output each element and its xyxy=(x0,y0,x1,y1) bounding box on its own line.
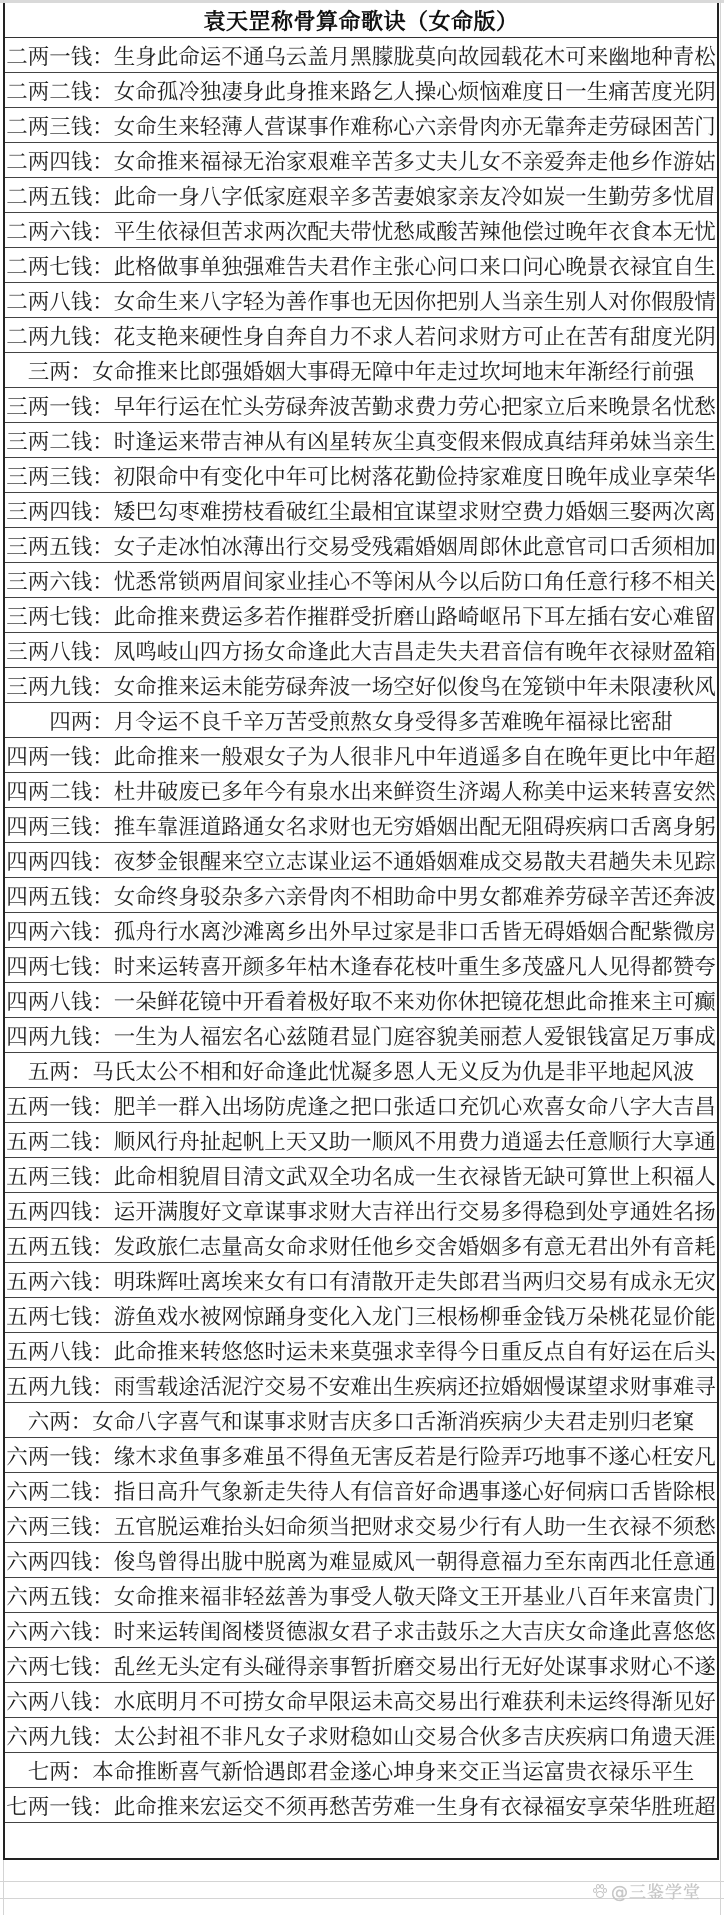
verse-text: 时逢运来带吉神从有凶星转灰尘真变假来假成真结拜弟妹当亲生 xyxy=(114,425,716,456)
weight-label: 五两七钱 xyxy=(6,1300,92,1331)
weight-label: 七两一钱 xyxy=(6,1790,92,1821)
weight-label: 二两六钱 xyxy=(6,215,92,246)
weight-label: 四两二钱 xyxy=(6,775,92,806)
table-row: 六两八钱：水底明月不可捞女命早限运未高交易出行难获利未运终得渐见好 xyxy=(5,1683,717,1718)
table-row: 五两九钱：雨雪载途活泥泞交易不安难出生疾病还拉婚姻慢谋望求财事难寻 xyxy=(5,1368,717,1403)
separator: ： xyxy=(92,425,114,456)
separator: ： xyxy=(92,1545,114,1576)
verse-text: 平生依禄但苦求两次配夫带忧愁咸酸苦辣他偿过晚年衣食本无忧 xyxy=(114,215,716,246)
table-row: 七两：本命推断喜气新恰遇郎君金遂心坤身来交正当运富贵衣禄乐平生 xyxy=(5,1753,717,1788)
separator: ： xyxy=(92,740,114,771)
weight-label: 四两五钱 xyxy=(6,880,92,911)
weight-label: 六两三钱 xyxy=(6,1510,92,1541)
separator: ： xyxy=(92,915,114,946)
separator: ： xyxy=(92,285,114,316)
separator: ： xyxy=(92,110,114,141)
verse-text: 水底明月不可捞女命早限运未高交易出行难获利未运终得渐见好 xyxy=(114,1685,716,1716)
separator: ： xyxy=(92,1790,114,1821)
table-row: 三两二钱：时逢运来带吉神从有凶星转灰尘真变假来假成真结拜弟妹当亲生 xyxy=(5,423,717,458)
weight-label: 三两一钱 xyxy=(6,390,92,421)
separator: ： xyxy=(92,810,114,841)
verse-text: 乱丝无头定有头碰得亲事暂折磨交易出行无好处谋事求财心不遂 xyxy=(114,1650,716,1681)
table-row: 五两二钱：顺风行舟扯起帆上天又助一顺风不用费力逍遥去任意顺行大享通 xyxy=(5,1123,717,1158)
table-row: 六两六钱：时来运转闺阁楼贤德淑女君子求击鼓乐之大吉庆女命逢此喜悠悠 xyxy=(5,1613,717,1648)
table-row: 四两七钱：时来运转喜开颜多年枯木逢春花枝叶重生多茂盛凡人见得都赞夸 xyxy=(5,948,717,983)
table-row: 四两五钱：女命终身驳杂多六亲骨肉不相助命中男女都难养劳碌辛苦还奔波 xyxy=(5,878,717,913)
verse-text: 一朵鲜花镜中开看着极好取不来劝你休把镜花想此命推来主可癫 xyxy=(114,985,716,1016)
separator: ： xyxy=(92,845,114,876)
verse-text: 忧悉常锁两眉间家业挂心不等闲从今以后防口角任意行移不相关 xyxy=(114,565,716,596)
verse-text: 女命生来八字轻为善作事也无因你把别人当亲生别人对你假殷情 xyxy=(114,285,716,316)
separator: ： xyxy=(92,460,114,491)
table-row: 三两七钱：此命推来费运多若作摧群受折磨山路崎岖吊下耳左插右安心难留 xyxy=(5,598,717,633)
verse-text: 此命推来一般艰女子为人很非凡中年逍遥多自在晚年更比中年超 xyxy=(114,740,716,771)
verse-text: 女子走冰怕冰薄出行交易受残霜婚姻周郎休此意官司口舌须相加 xyxy=(114,530,716,561)
verse-text: 俊鸟曾得出胧中脱离为难显威风一朝得意福力至东南西北任意通 xyxy=(114,1545,716,1576)
verse-text: 早年行运在忙头劳碌奔波苦勤求费力劳心把家立后来晚景名忧愁 xyxy=(114,390,716,421)
separator: ： xyxy=(92,145,114,176)
weight-label: 三两 xyxy=(28,355,71,386)
verse-text: 肥羊一群入出场防虎逢之把口张适口充饥心欢喜女命八字大吉昌 xyxy=(114,1090,716,1121)
weight-label: 四两六钱 xyxy=(6,915,92,946)
weight-label: 五两六钱 xyxy=(6,1265,92,1296)
table-row: 五两三钱：此命相貌眉目清文武双全功名成一生衣禄皆无缺可算世上积福人 xyxy=(5,1158,717,1193)
verse-text: 太公封祖不非凡女子求财稳如山交易合伙多吉庆疾病口角遗天涯 xyxy=(114,1720,716,1751)
table-row: 三两六钱：忧悉常锁两眉间家业挂心不等闲从今以后防口角任意行移不相关 xyxy=(5,563,717,598)
watermark-text: @三鉴学堂 xyxy=(611,1878,701,1903)
table-row: 三两三钱：初限命中有变化中年可比树落花勤俭持家难度日晚年成业享荣华 xyxy=(5,458,717,493)
separator: ： xyxy=(92,1475,114,1506)
weight-label: 六两七钱 xyxy=(6,1650,92,1681)
weight-label: 六两五钱 xyxy=(6,1580,92,1611)
verse-text: 凤鸣岐山四方扬女命逢此大吉昌走失夫君音信有晚年衣禄财盈箱 xyxy=(114,635,716,666)
weight-label: 二两五钱 xyxy=(6,180,92,211)
table-row: 三两八钱：凤鸣岐山四方扬女命逢此大吉昌走失夫君音信有晚年衣禄财盈箱 xyxy=(5,633,717,668)
table-row: 四两二钱：杜井破废已多年今有泉水出来鲜资生济竭人称美中运来转喜安然 xyxy=(5,773,717,808)
weight-label: 六两六钱 xyxy=(6,1615,92,1646)
verse-text: 推车靠涯道路通女名求财也无穷婚姻出配无阻碍疾病口舌离身躬 xyxy=(114,810,716,841)
verse-text: 指日高升气象新走失待人有信音好命遇事遂心好伺病口舌皆除根 xyxy=(114,1475,716,1506)
table-row: 二两三钱：女命生来轻薄人营谋事作难称心六亲骨肉亦无靠奔走劳碌困苦门 xyxy=(5,108,717,143)
verse-table: 袁天罡称骨算命歌诀（女命版） 二两一钱：生身此命运不通乌云盖月黑朦胧莫向故园载花… xyxy=(3,3,719,1860)
verse-text: 明珠辉吐离埃来女有口有清散开走失郎君当两归交易有成永无灾 xyxy=(114,1265,716,1296)
table-row: 四两九钱：一生为人福宏名心兹随君显门庭容貌美丽惹人爱银钱富足万事成 xyxy=(5,1018,717,1053)
verse-text: 时来运转闺阁楼贤德淑女君子求击鼓乐之大吉庆女命逢此喜悠悠 xyxy=(114,1615,716,1646)
verse-text: 此格做事单独强难告夫君作主张心问口来口问心晚景衣禄宜自生 xyxy=(114,250,716,281)
table-row: 三两一钱：早年行运在忙头劳碌奔波苦勤求费力劳心把家立后来晚景名忧愁 xyxy=(5,388,717,423)
verse-text: 女命孤冷独凄身此身推来路乞人操心烦恼难度日一生痛苦度光阴 xyxy=(114,75,716,106)
table-row: 二两八钱：女命生来八字轻为善作事也无因你把别人当亲生别人对你假殷情 xyxy=(5,283,717,318)
table-row: 四两：月令运不良千辛万苦受煎熬女身受得多苦难晚年福禄比密甜 xyxy=(5,703,717,738)
verse-text: 女命生来轻薄人营谋事作难称心六亲骨肉亦无靠奔走劳碌困苦门 xyxy=(114,110,716,141)
verse-text: 女命推来福非轻兹善为事受人敬天降文王开基业八百年来富贵门 xyxy=(114,1580,716,1611)
separator: ： xyxy=(71,1755,93,1786)
table-row: 二两六钱：平生依禄但苦求两次配夫带忧愁咸酸苦辣他偿过晚年衣食本无忧 xyxy=(5,213,717,248)
separator: ： xyxy=(92,250,114,281)
verse-text: 运开满腹好文章谋事求财大吉祥出行交易多得稳到处亨通姓名扬 xyxy=(114,1195,716,1226)
separator: ： xyxy=(92,495,114,526)
verse-text: 顺风行舟扯起帆上天又助一顺风不用费力逍遥去任意顺行大享通 xyxy=(114,1125,716,1156)
weight-label: 四两一钱 xyxy=(6,740,92,771)
table-row: 三两：女命推来比郎强婚姻大事碍无障中年走过坎坷地末年渐经行前强 xyxy=(5,353,717,388)
table-row: 二两一钱：生身此命运不通乌云盖月黑朦胧莫向故园载花木可来幽地种青松 xyxy=(5,38,717,73)
weight-label: 三两五钱 xyxy=(6,530,92,561)
weight-label: 六两八钱 xyxy=(6,1685,92,1716)
weight-label: 五两一钱 xyxy=(6,1090,92,1121)
separator: ： xyxy=(92,1090,114,1121)
table-row: 四两三钱：推车靠涯道路通女名求财也无穷婚姻出配无阻碍疾病口舌离身躬 xyxy=(5,808,717,843)
verse-text: 女命推来福禄无治家艰难辛苦多丈夫儿女不亲爱奔走他乡作游姑 xyxy=(114,145,716,176)
weight-label: 三两三钱 xyxy=(6,460,92,491)
weight-label: 六两 xyxy=(28,1405,71,1436)
verse-text: 本命推断喜气新恰遇郎君金遂心坤身来交正当运富贵衣禄乐平生 xyxy=(92,1755,694,1786)
separator: ： xyxy=(92,1195,114,1226)
separator: ： xyxy=(92,950,114,981)
verse-text: 雨雪载途活泥泞交易不安难出生疾病还拉婚姻慢谋望求财事难寻 xyxy=(114,1370,716,1401)
weight-label: 六两一钱 xyxy=(6,1440,92,1471)
separator: ： xyxy=(71,1405,93,1436)
table-row: 三两四钱：矮巴勾枣难捞枝看破红尘最相宜谋望求财空费力婚姻三娶两次离 xyxy=(5,493,717,528)
table-row: 四两六钱：孤舟行水离沙滩离乡出外早过家是非口舌皆无碍婚姻合配紫微房 xyxy=(5,913,717,948)
weight-label: 五两四钱 xyxy=(6,1195,92,1226)
separator: ： xyxy=(92,565,114,596)
table-row: 六两七钱：乱丝无头定有头碰得亲事暂折磨交易出行无好处谋事求财心不遂 xyxy=(5,1648,717,1683)
table-row: 二两五钱：此命一身八字低家庭艰辛多苦妻娘家亲友冷如炭一生勤劳多忧眉 xyxy=(5,178,717,213)
table-row: 二两九钱：花支艳来硬性身自奔自力不求人若问求财方可止在苦有甜度光阴 xyxy=(5,318,717,353)
weight-label: 三两二钱 xyxy=(6,425,92,456)
separator: ： xyxy=(92,1650,114,1681)
weight-label: 三两九钱 xyxy=(6,670,92,701)
table-row: 二两四钱：女命推来福禄无治家艰难辛苦多丈夫儿女不亲爱奔走他乡作游姑 xyxy=(5,143,717,178)
separator: ： xyxy=(92,1615,114,1646)
watermark: @三鉴学堂 xyxy=(592,1878,701,1903)
table-row: 七两一钱：此命推来宏运交不须再愁苦劳难一生身有衣禄福安享荣华胜班超 xyxy=(5,1788,717,1823)
weight-label: 五两二钱 xyxy=(6,1125,92,1156)
separator: ： xyxy=(92,320,114,351)
separator: ： xyxy=(92,705,114,736)
sheet-gridline-right xyxy=(720,0,721,1915)
weight-label: 三两八钱 xyxy=(6,635,92,666)
verse-text: 初限命中有变化中年可比树落花勤俭持家难度日晚年成业享荣华 xyxy=(114,460,716,491)
table-row: 六两二钱：指日高升气象新走失待人有信音好命遇事遂心好伺病口舌皆除根 xyxy=(5,1473,717,1508)
table-row: 五两四钱：运开满腹好文章谋事求财大吉祥出行交易多得稳到处亨通姓名扬 xyxy=(5,1193,717,1228)
weight-label: 五两三钱 xyxy=(6,1160,92,1191)
weight-label: 二两二钱 xyxy=(6,75,92,106)
verse-text: 孤舟行水离沙滩离乡出外早过家是非口舌皆无碍婚姻合配紫微房 xyxy=(114,915,716,946)
weight-label: 七两 xyxy=(28,1755,71,1786)
weight-label: 六两二钱 xyxy=(6,1475,92,1506)
weight-label: 二两四钱 xyxy=(6,145,92,176)
verse-text: 游鱼戏水被网惊踊身变化入龙门三根杨柳垂金钱万朵桃花显价能 xyxy=(114,1300,716,1331)
verse-text: 女命终身驳杂多六亲骨肉不相助命中男女都难养劳碌辛苦还奔波 xyxy=(114,880,716,911)
separator: ： xyxy=(92,600,114,631)
table-row: 五两一钱：肥羊一群入出场防虎逢之把口张适口充饥心欢喜女命八字大吉昌 xyxy=(5,1088,717,1123)
verse-text: 生身此命运不通乌云盖月黑朦胧莫向故园载花木可来幽地种青松 xyxy=(114,40,716,71)
verse-text: 此命推来费运多若作摧群受折磨山路崎岖吊下耳左插右安心难留 xyxy=(114,600,716,631)
weight-label: 四两 xyxy=(49,705,92,736)
verse-text: 月令运不良千辛万苦受煎熬女身受得多苦难晚年福禄比密甜 xyxy=(114,705,673,736)
verse-text: 夜梦金银醒来空立志谋业运不通婚姻难成交易散夫君趟失未见踪 xyxy=(114,845,716,876)
weight-label: 六两九钱 xyxy=(6,1720,92,1751)
separator: ： xyxy=(71,1055,93,1086)
separator: ： xyxy=(71,355,93,386)
verse-text: 矮巴勾枣难捞枝看破红尘最相宜谋望求财空费力婚姻三娶两次离 xyxy=(114,495,716,526)
separator: ： xyxy=(92,1265,114,1296)
separator: ： xyxy=(92,75,114,106)
separator: ： xyxy=(92,985,114,1016)
weight-label: 三两六钱 xyxy=(6,565,92,596)
table-row: 六两九钱：太公封祖不非凡女子求财稳如山交易合伙多吉庆疾病口角遗天涯 xyxy=(5,1718,717,1753)
separator: ： xyxy=(92,1440,114,1471)
verse-text: 女命推来比郎强婚姻大事碍无障中年走过坎坷地末年渐经行前强 xyxy=(92,355,694,386)
table-row: 五两：马氏太公不相和好命逢此忧凝多恩人无义反为仇是非平地起风波 xyxy=(5,1053,717,1088)
empty-row xyxy=(5,1823,717,1858)
verse-text: 此命推来转悠悠时运未来莫强求幸得今日重反点自有好运在后头 xyxy=(114,1335,716,1366)
weight-label: 五两八钱 xyxy=(6,1335,92,1366)
weight-label: 四两八钱 xyxy=(6,985,92,1016)
table-row: 二两七钱：此格做事单独强难告夫君作主张心问口来口问心晚景衣禄宜自生 xyxy=(5,248,717,283)
weight-label: 三两七钱 xyxy=(6,600,92,631)
table-row: 四两四钱：夜梦金银醒来空立志谋业运不通婚姻难成交易散夫君趟失未见踪 xyxy=(5,843,717,878)
verse-text: 发政旅仁志量高女命求财任他乡交舍婚姻多有意无君出外有音耗 xyxy=(114,1230,716,1261)
separator: ： xyxy=(92,530,114,561)
separator: ： xyxy=(92,1160,114,1191)
separator: ： xyxy=(92,1335,114,1366)
separator: ： xyxy=(92,40,114,71)
separator: ： xyxy=(92,1020,114,1051)
verse-text: 五官脱运难抬头妇命须当把财求交易少行有人助一生衣禄不须愁 xyxy=(114,1510,716,1541)
table-row: 五两八钱：此命推来转悠悠时运未来莫强求幸得今日重反点自有好运在后头 xyxy=(5,1333,717,1368)
separator: ： xyxy=(92,1720,114,1751)
separator: ： xyxy=(92,1300,114,1331)
verse-text: 此命推来宏运交不须再愁苦劳难一生身有衣禄福安享荣华胜班超 xyxy=(114,1790,716,1821)
table-row: 三两九钱：女命推来运未能劳碌奔波一场空好似俊鸟在笼锁中年未限凄秋风 xyxy=(5,668,717,703)
weight-label: 四两四钱 xyxy=(6,845,92,876)
table-row: 二两二钱：女命孤冷独凄身此身推来路乞人操心烦恼难度日一生痛苦度光阴 xyxy=(5,73,717,108)
separator: ： xyxy=(92,670,114,701)
verse-text: 花支艳来硬性身自奔自力不求人若问求财方可止在苦有甜度光阴 xyxy=(114,320,716,351)
weight-label: 五两五钱 xyxy=(6,1230,92,1261)
separator: ： xyxy=(92,215,114,246)
verse-text: 杜井破废已多年今有泉水出来鲜资生济竭人称美中运来转喜安然 xyxy=(114,775,716,806)
separator: ： xyxy=(92,180,114,211)
table-row: 四两一钱：此命推来一般艰女子为人很非凡中年逍遥多自在晚年更比中年超 xyxy=(5,738,717,773)
table-row: 三两五钱：女子走冰怕冰薄出行交易受残霜婚姻周郎休此意官司口舌须相加 xyxy=(5,528,717,563)
verse-text: 时来运转喜开颜多年枯木逢春花枝叶重生多茂盛凡人见得都赞夸 xyxy=(114,950,716,981)
weight-label: 四两三钱 xyxy=(6,810,92,841)
weight-label: 五两 xyxy=(28,1055,71,1086)
table-row: 六两：女命八字喜气和谋事求财吉庆多口舌渐消疾病少夫君走别归老窠 xyxy=(5,1403,717,1438)
weight-label: 二两一钱 xyxy=(6,40,92,71)
separator: ： xyxy=(92,1580,114,1611)
weight-label: 五两九钱 xyxy=(6,1370,92,1401)
table-row: 六两一钱：缘木求鱼事多难虽不得鱼无害反若是行险弄巧地事不遂心枉安凡 xyxy=(5,1438,717,1473)
separator: ： xyxy=(92,1510,114,1541)
separator: ： xyxy=(92,390,114,421)
separator: ： xyxy=(92,1685,114,1716)
separator: ： xyxy=(92,1370,114,1401)
table-row: 六两三钱：五官脱运难抬头妇命须当把财求交易少行有人助一生衣禄不须愁 xyxy=(5,1508,717,1543)
table-row: 五两七钱：游鱼戏水被网惊踊身变化入龙门三根杨柳垂金钱万朵桃花显价能 xyxy=(5,1298,717,1333)
verse-text: 缘木求鱼事多难虽不得鱼无害反若是行险弄巧地事不遂心枉安凡 xyxy=(114,1440,716,1471)
table-row: 五两六钱：明珠辉吐离埃来女有口有清散开走失郎君当两归交易有成永无灾 xyxy=(5,1263,717,1298)
separator: ： xyxy=(92,880,114,911)
table-row: 六两四钱：俊鸟曾得出胧中脱离为难显威风一朝得意福力至东南西北任意通 xyxy=(5,1543,717,1578)
separator: ： xyxy=(92,635,114,666)
table-row: 四两八钱：一朵鲜花镜中开看着极好取不来劝你休把镜花想此命推来主可癫 xyxy=(5,983,717,1018)
separator: ： xyxy=(92,1230,114,1261)
weight-label: 二两七钱 xyxy=(6,250,92,281)
verse-text: 女命推来运未能劳碌奔波一场空好似俊鸟在笼锁中年未限凄秋风 xyxy=(114,670,716,701)
separator: ： xyxy=(92,775,114,806)
verse-text: 此命相貌眉目清文武双全功名成一生衣禄皆无缺可算世上积福人 xyxy=(114,1160,716,1191)
separator: ： xyxy=(92,1125,114,1156)
weight-label: 四两七钱 xyxy=(6,950,92,981)
verse-text: 一生为人福宏名心兹随君显门庭容貌美丽惹人爱银钱富足万事成 xyxy=(114,1020,716,1051)
weight-label: 二两九钱 xyxy=(6,320,92,351)
verse-text: 此命一身八字低家庭艰辛多苦妻娘家亲友冷如炭一生勤劳多忧眉 xyxy=(114,180,716,211)
table-row: 六两五钱：女命推来福非轻兹善为事受人敬天降文王开基业八百年来富贵门 xyxy=(5,1578,717,1613)
weight-label: 四两九钱 xyxy=(6,1020,92,1051)
verse-text: 马氏太公不相和好命逢此忧凝多恩人无义反为仇是非平地起风波 xyxy=(92,1055,694,1086)
weight-label: 三两四钱 xyxy=(6,495,92,526)
table-row: 五两五钱：发政旅仁志量高女命求财任他乡交舍婚姻多有意无君出外有音耗 xyxy=(5,1228,717,1263)
paw-icon xyxy=(592,1883,608,1899)
weight-label: 二两八钱 xyxy=(6,285,92,316)
weight-label: 二两三钱 xyxy=(6,110,92,141)
table-body: 二两一钱：生身此命运不通乌云盖月黑朦胧莫向故园载花木可来幽地种青松二两二钱：女命… xyxy=(5,38,717,1858)
weight-label: 六两四钱 xyxy=(6,1545,92,1576)
page-title: 袁天罡称骨算命歌诀（女命版） xyxy=(5,3,717,38)
verse-text: 女命八字喜气和谋事求财吉庆多口舌渐消疾病少夫君走别归老窠 xyxy=(92,1405,694,1436)
